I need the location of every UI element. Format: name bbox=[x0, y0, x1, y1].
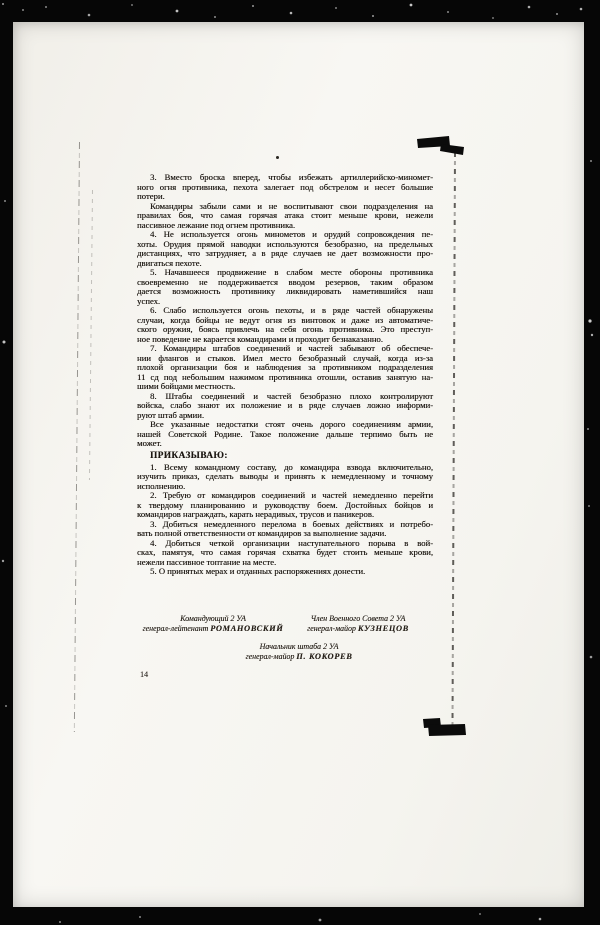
order-heading: ПРИКАЗЫВАЮ: bbox=[137, 452, 433, 462]
text-line: дается возможность противнику ликвидиров… bbox=[137, 287, 433, 297]
paragraph: Командиры забыли сами и не воспитывают с… bbox=[137, 202, 433, 231]
binding-crease-line bbox=[89, 190, 93, 480]
signature-name: РОМАНОВСКИЙ bbox=[210, 624, 283, 633]
signature-rank: генерал-майор bbox=[246, 652, 295, 661]
signature-name: КУЗНЕЦОВ bbox=[358, 624, 409, 633]
signature-rank-name: генерал-лейтенант РОМАНОВСКИЙ bbox=[137, 624, 289, 634]
scan-background: 3. Вместо броска вперед, чтобы избежать … bbox=[0, 0, 600, 925]
signature-chief-of-staff-block: Начальник штаба 2 УА генерал-майор П. КО… bbox=[214, 642, 384, 662]
document-text-column: 3. Вместо броска вперед, чтобы избежать … bbox=[137, 173, 433, 577]
text-line: ного огня противника, пехота залегает по… bbox=[137, 183, 433, 193]
signature-rank: генерал-майор bbox=[307, 624, 356, 633]
paragraph: 4. Не используется огонь минометов и ору… bbox=[137, 230, 433, 268]
paragraph: 4. Добиться четкой организации наступате… bbox=[137, 539, 433, 568]
paragraph: 7. Командиры штабов соединений и частей … bbox=[137, 344, 433, 392]
ink-blot-top bbox=[415, 134, 467, 160]
signature-rank-name: генерал-майор КУЗНЕЦОВ bbox=[298, 624, 418, 634]
signature-military-council-block: Член Военного Совета 2 УА генерал-майор … bbox=[298, 614, 418, 634]
signature-rank: генерал-лейтенант bbox=[143, 624, 209, 633]
paragraph: 3. Вместо броска вперед, чтобы избежать … bbox=[137, 173, 433, 202]
orders-section: 1. Всему командному составу, до командир… bbox=[137, 463, 433, 577]
fold-crease-line bbox=[451, 152, 456, 725]
signature-title: Командующий 2 УА bbox=[137, 614, 289, 624]
text-line: 5. О принятых мерах и отданных распоряже… bbox=[137, 567, 433, 577]
ink-blot-bottom bbox=[421, 717, 469, 737]
paragraph: 5. Начавшееся продвижение в слабом месте… bbox=[137, 268, 433, 306]
paragraph: 1. Всему командному составу, до командир… bbox=[137, 463, 433, 492]
signature-title: Начальник штаба 2 УА bbox=[214, 642, 384, 652]
signature-title: Член Военного Совета 2 УА bbox=[298, 614, 418, 624]
binding-crease-line bbox=[74, 142, 81, 732]
document-page: 3. Вместо броска вперед, чтобы избежать … bbox=[13, 22, 584, 907]
page-number: 14 bbox=[140, 670, 148, 679]
paragraph: 8. Штабы соединений и частей безобразно … bbox=[137, 392, 433, 421]
text-line: может. bbox=[137, 439, 433, 449]
paragraph: Все указанные недостатки стоят очень дор… bbox=[137, 420, 433, 449]
text-line: нашей Советской Родине. Такое положение … bbox=[137, 430, 433, 440]
signature-rank-name: генерал-майор П. КОКОРЕВ bbox=[214, 652, 384, 662]
paragraph: 2. Требую от командиров соединений и час… bbox=[137, 491, 433, 520]
paragraph: 5. О принятых мерах и отданных распоряже… bbox=[137, 567, 433, 577]
signature-commander-block: Командующий 2 УА генерал-лейтенант РОМАН… bbox=[137, 614, 289, 634]
paragraph: 6. Слабо используется огонь пехоты, и в … bbox=[137, 306, 433, 344]
dust-specks bbox=[2, 3, 4, 5]
paragraph: 3. Добиться немедленного перелома в боев… bbox=[137, 520, 433, 539]
signature-name: П. КОКОРЕВ bbox=[296, 652, 352, 661]
ink-speck bbox=[276, 156, 279, 159]
findings-section: 3. Вместо броска вперед, чтобы избежать … bbox=[137, 173, 433, 449]
